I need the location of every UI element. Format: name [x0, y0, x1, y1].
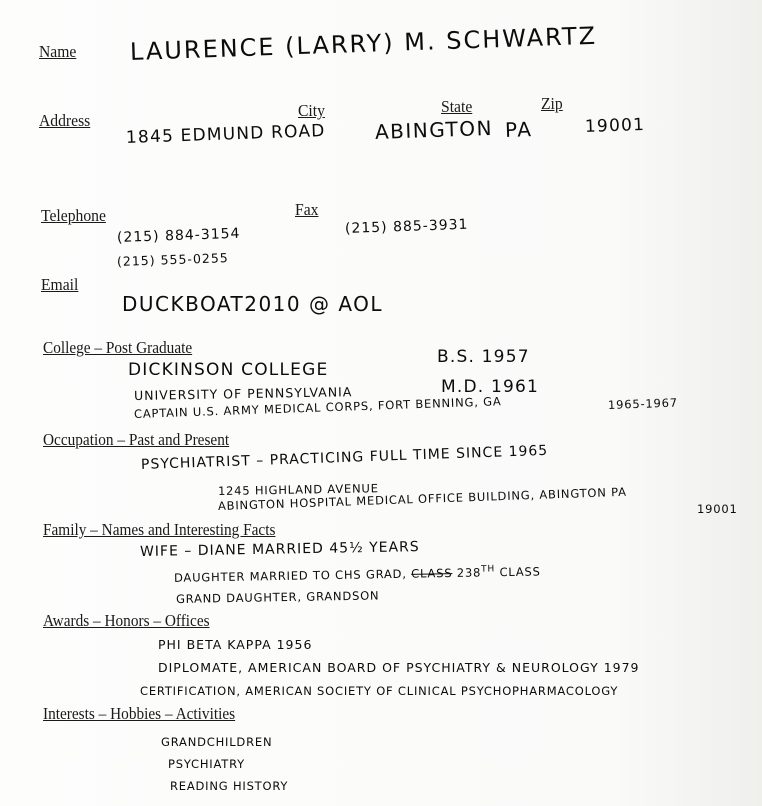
family-line-1: Wife – Diane Married 45½ Years: [140, 539, 420, 560]
form-page: Name Laurence (Larry) M. Schwartz City S…: [0, 0, 762, 806]
name-value: Laurence (Larry) M. Schwartz: [130, 22, 598, 66]
section-occupation-title: Occupation – Past and Present: [43, 430, 229, 450]
family-line-2-text: Daughter Married to CHS Grad,: [174, 567, 407, 585]
address-label: Address: [39, 111, 90, 131]
section-interests-title: Interests – Hobbies – Activities: [43, 704, 235, 724]
telephone-primary: (215) 884-3154: [117, 226, 241, 246]
fax-label: Fax: [295, 200, 318, 220]
awards-line-1: Phi Beta Kappa 1956: [158, 637, 312, 652]
family-line-2: Daughter Married to CHS Grad, class 238t…: [174, 564, 541, 585]
family-line-2-number: 238: [457, 565, 482, 579]
family-line-2-strikethrough: class: [411, 566, 452, 581]
telephone-secondary: (215) 555-0255: [117, 250, 229, 269]
section-awards-title: Awards – Honors – Offices: [43, 611, 210, 631]
city-label: City: [298, 101, 325, 121]
fax-value: (215) 885-3931: [345, 217, 469, 237]
name-label: Name: [39, 42, 76, 62]
email-label: Email: [41, 275, 78, 295]
interests-line-3: Reading History: [170, 779, 288, 793]
college-school-1: Dickinson College: [128, 360, 328, 380]
section-college-title: College – Post Graduate: [43, 338, 192, 358]
family-line-3: Grand Daughter, Grandson: [176, 588, 380, 606]
address-state: PA: [505, 117, 533, 142]
telephone-label: Telephone: [41, 206, 106, 226]
email-value: Duckboat2010 @ AOL: [122, 292, 383, 316]
address-street: 1845 Edmund Road: [126, 121, 326, 148]
section-family-title: Family – Names and Interesting Facts: [43, 520, 275, 540]
college-military-years: 1965-1967: [608, 396, 678, 412]
family-line-2-ordinal: th: [481, 564, 495, 574]
address-zip: 19001: [585, 115, 646, 137]
interests-line-2: Psychiatry: [168, 757, 245, 771]
occupation-line-4: 19001: [697, 502, 738, 516]
awards-line-3: Certification, American Society of Clini…: [140, 684, 618, 698]
zip-label: Zip: [541, 94, 563, 114]
family-line-2-class: Class: [499, 564, 540, 579]
address-city: Abington: [375, 116, 494, 144]
interests-line-1: Grandchildren: [161, 735, 272, 749]
awards-line-2: Diplomate, American Board of Psychiatry …: [158, 660, 640, 675]
state-label: State: [441, 97, 472, 117]
college-degree-1: B.S. 1957: [437, 347, 530, 367]
